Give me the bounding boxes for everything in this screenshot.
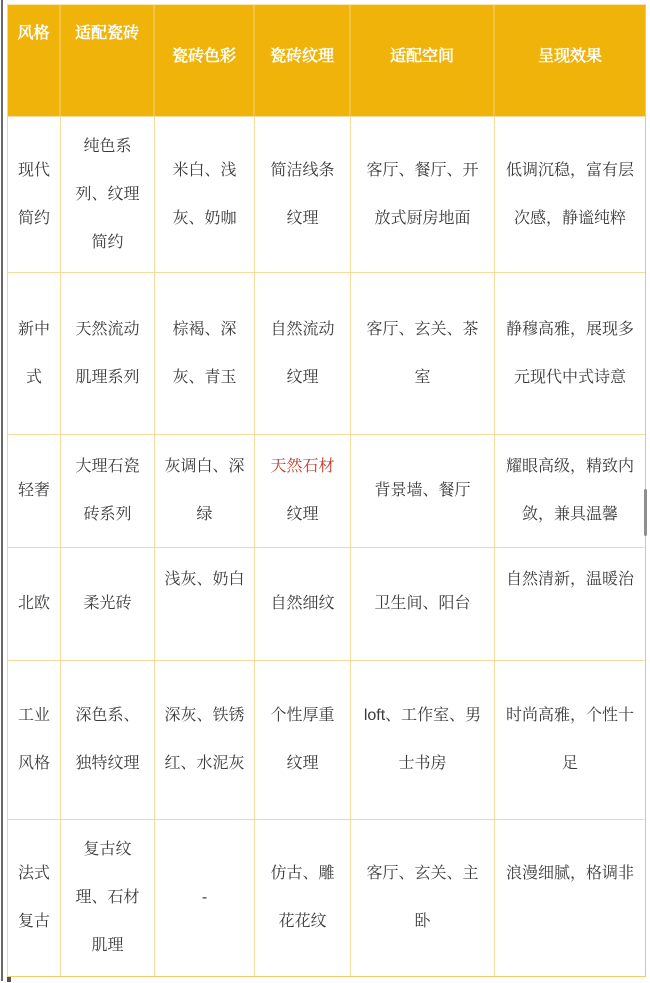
cell-spaces: loft、工作室、男 士书房 [351, 661, 495, 819]
cell-colors: 浅灰、奶白 [155, 548, 255, 660]
table-row-nordic: 北欧 柔光砖 浅灰、奶白 自然细纹 卫生间、阳台 自然清新，温暖治 [8, 548, 645, 661]
header-effect: 呈现效果 [495, 5, 645, 116]
cell-style: 现代 简约 [8, 117, 61, 272]
cell-spaces: 客厅、玄关、主 卧 [351, 820, 495, 976]
cell-style: 新中 式 [8, 273, 61, 434]
table-row-new-chinese: 新中 式 天然流动 肌理系列 棕褐、深 灰、青玉 自然流动 纹理 客厅、玄关、茶… [8, 273, 645, 435]
cell-colors: - [155, 820, 255, 976]
bottom-left-artifact [7, 977, 11, 982]
table-row-light-luxury: 轻奢 大理石瓷 砖系列 灰调白、深 绿 天然石材 纹理 背景墙、餐厅 耀眼高级，… [8, 435, 645, 548]
table-row-industrial: 工业 风格 深色系、 独特纹理 深灰、铁锈 红、水泥灰 个性厚重 纹理 loft… [8, 661, 645, 820]
scrollbar-thumb[interactable] [644, 489, 647, 536]
cell-effect: 时尚高雅，个性十 足 [495, 661, 645, 819]
cell-tiles: 大理石瓷 砖系列 [61, 435, 155, 547]
cell-effect: 低调沉稳，富有层 次感，静谧纯粹 [495, 117, 645, 272]
cell-style: 轻奢 [8, 435, 61, 547]
cell-texture: 天然石材 纹理 [255, 435, 351, 547]
tile-style-table: 风格 适配瓷砖 瓷砖色彩 瓷砖纹理 适配空间 呈现效果 现代 简约 纯色系 列、… [7, 4, 646, 977]
cell-tiles: 天然流动 肌理系列 [61, 273, 155, 434]
cell-texture: 个性厚重 纹理 [255, 661, 351, 819]
left-edge-line [1, 0, 3, 981]
cell-spaces: 卫生间、阳台 [351, 548, 495, 660]
cell-texture: 仿古、雕 花花纹 [255, 820, 351, 976]
cell-effect: 耀眼高级，精致内 敛，兼具温馨 [495, 435, 645, 547]
cell-spaces: 背景墙、餐厅 [351, 435, 495, 547]
cell-effect: 浪漫细腻，格调非 [495, 820, 645, 976]
cell-effect: 自然清新，温暖治 [495, 548, 645, 660]
cell-tiles: 深色系、 独特纹理 [61, 661, 155, 819]
page: 风格 适配瓷砖 瓷砖色彩 瓷砖纹理 适配空间 呈现效果 现代 简约 纯色系 列、… [0, 0, 650, 983]
table-row-french-retro: 法式 复古 复古纹 理、石材 肌理 - 仿古、雕 花花纹 客厅、玄关、主 卧 浪… [8, 820, 645, 976]
cell-colors: 深灰、铁锈 红、水泥灰 [155, 661, 255, 819]
cell-effect: 静穆高雅，展现多 元现代中式诗意 [495, 273, 645, 434]
header-texture: 瓷砖纹理 [255, 5, 351, 116]
cell-style: 北欧 [8, 548, 61, 660]
cell-tiles: 柔光砖 [61, 548, 155, 660]
cell-colors: 灰调白、深 绿 [155, 435, 255, 547]
header-spaces: 适配空间 [351, 5, 495, 116]
cell-texture: 简洁线条 纹理 [255, 117, 351, 272]
cell-style: 法式 复古 [8, 820, 61, 976]
cell-style: 工业 风格 [8, 661, 61, 819]
cell-texture: 自然流动 纹理 [255, 273, 351, 434]
cell-colors: 棕褐、深 灰、青玉 [155, 273, 255, 434]
cell-colors: 米白、浅 灰、奶咖 [155, 117, 255, 272]
cell-spaces: 客厅、餐厅、开 放式厨房地面 [351, 117, 495, 272]
header-colors: 瓷砖色彩 [155, 5, 255, 116]
cell-tiles: 复古纹 理、石材 肌理 [61, 820, 155, 976]
cell-texture-rest: 纹理 [286, 506, 318, 523]
header-tiles: 适配瓷砖 [61, 5, 155, 116]
table-header-row: 风格 适配瓷砖 瓷砖色彩 瓷砖纹理 适配空间 呈现效果 [8, 5, 645, 117]
table-row-modern-minimal: 现代 简约 纯色系 列、纹理 简约 米白、浅 灰、奶咖 简洁线条 纹理 客厅、餐… [8, 117, 645, 273]
cell-texture: 自然细纹 [255, 548, 351, 660]
cell-tiles: 纯色系 列、纹理 简约 [61, 117, 155, 272]
highlighted-text-natural-stone: 天然石材 [270, 458, 334, 475]
header-style: 风格 [8, 5, 61, 116]
cell-spaces: 客厅、玄关、茶 室 [351, 273, 495, 434]
